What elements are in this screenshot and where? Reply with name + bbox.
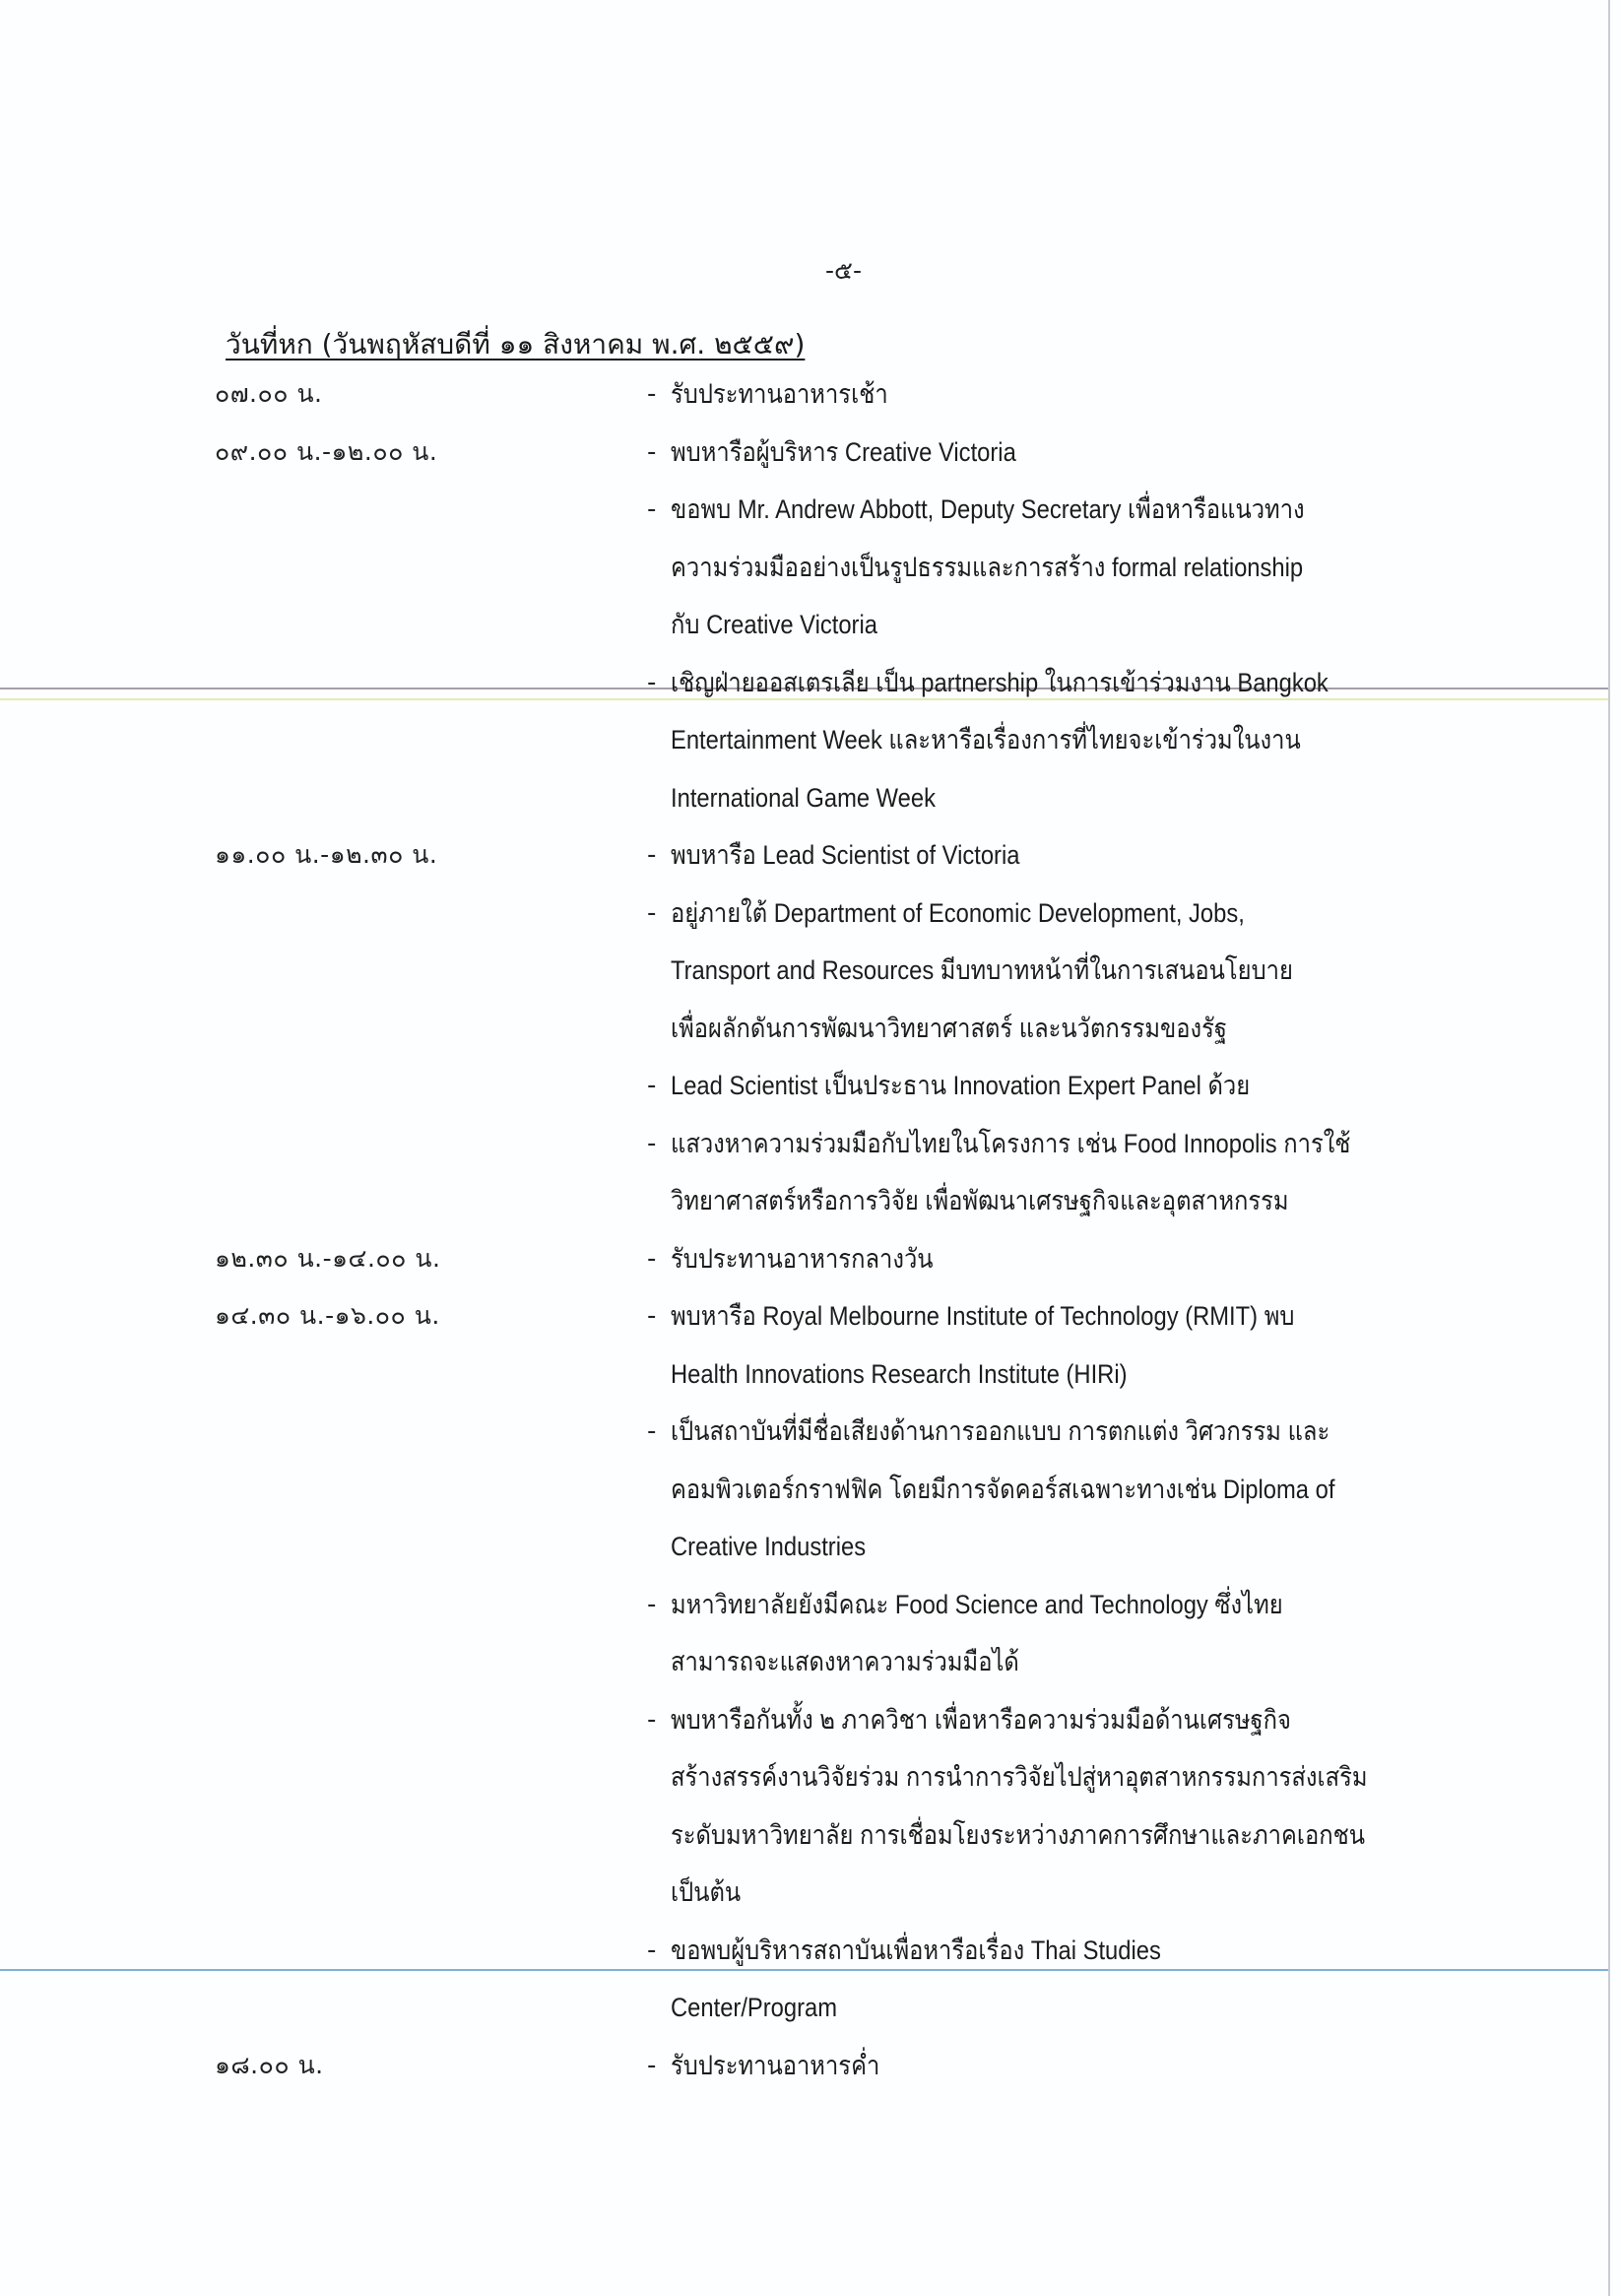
- schedule-text: Transport and Resources มีบทบาทหน้าที่ใน…: [671, 951, 1293, 990]
- schedule-time: ๑๔.๓๐ น.-๑๖.๐๐ น.: [215, 1296, 440, 1336]
- schedule-text: Health Innovations Research Institute (H…: [671, 1354, 1128, 1394]
- schedule-time: ๑๒.๓๐ น.-๑๔.๐๐ น.: [215, 1239, 440, 1279]
- schedule-text: รับประทานอาหารกลางวัน: [671, 1239, 934, 1279]
- schedule-text: พบหารือ Royal Melbourne Institute of Tec…: [671, 1296, 1294, 1336]
- schedule-line: -ขอพบ Mr. Andrew Abbott, Deputy Secretar…: [0, 490, 1621, 548]
- schedule-text: รับประทานอาหารค่ำ: [671, 2046, 879, 2085]
- schedule-text: กับ Creative Victoria: [671, 605, 877, 644]
- page-number: -๕-: [825, 251, 862, 291]
- schedule-line: เป็นต้น: [0, 1872, 1621, 1931]
- schedule-text: เพื่อผลักดันการพัฒนาวิทยาศาสตร์ และนวัตก…: [671, 1009, 1227, 1048]
- bullet-dash: -: [647, 1700, 656, 1739]
- schedule-line: -ขอพบผู้บริหารสถาบันเพื่อหารือเรื่อง Tha…: [0, 1931, 1621, 1989]
- schedule-text: คอมพิวเตอร์กราฟฟิค โดยมีการจัดคอร์สเฉพาะ…: [671, 1470, 1334, 1509]
- schedule-line: วิทยาศาสตร์หรือการวิจัย เพื่อพัฒนาเศรษฐก…: [0, 1181, 1621, 1239]
- bullet-dash: -: [647, 1239, 656, 1279]
- bullet-dash: -: [647, 1124, 656, 1163]
- schedule-line: ๑๔.๓๐ น.-๑๖.๐๐ น.-พบหารือ Royal Melbourn…: [0, 1296, 1621, 1354]
- schedule-text: เป็นต้น: [671, 1872, 741, 1912]
- bullet-dash: -: [647, 835, 656, 875]
- schedule-time: ๐๗.๐๐ น.: [215, 374, 323, 414]
- schedule-text: พบหารือ Lead Scientist of Victoria: [671, 835, 1019, 875]
- day-heading: วันที่หก (วันพฤหัสบดีที่ ๑๑ สิงหาคม พ.ศ.…: [226, 323, 805, 366]
- schedule-text: สามารถจะแสดงหาความร่วมมือได้: [671, 1642, 1019, 1681]
- schedule-text: เป็นสถาบันที่มีชื่อเสียงด้านการออกแบบ กา…: [671, 1411, 1329, 1451]
- schedule-line: -พบหารือกันทั้ง ๒ ภาควิชา เพื่อหารือความ…: [0, 1700, 1621, 1758]
- schedule-time: ๐๙.๐๐ น.-๑๒.๐๐ น.: [215, 432, 437, 472]
- bullet-dash: -: [647, 663, 656, 702]
- schedule-text: วิทยาศาสตร์หรือการวิจัย เพื่อพัฒนาเศรษฐก…: [671, 1181, 1289, 1220]
- bullet-dash: -: [647, 432, 656, 472]
- schedule-line: Entertainment Week และหารือเรื่องการที่ไ…: [0, 720, 1621, 778]
- schedule-text: พบหารือกันทั้ง ๒ ภาควิชา เพื่อหารือความร…: [671, 1700, 1291, 1739]
- schedule-line: -อยู่ภายใต้ Department of Economic Devel…: [0, 893, 1621, 951]
- schedule-line: -มหาวิทยาลัยยังมีคณะ Food Science and Te…: [0, 1585, 1621, 1643]
- schedule-text: ขอพบผู้บริหารสถาบันเพื่อหารือเรื่อง Thai…: [671, 1931, 1161, 1970]
- schedule-line: ๑๑.๐๐ น.-๑๒.๓๐ น.-พบหารือ Lead Scientist…: [0, 835, 1621, 893]
- bullet-dash: -: [647, 2046, 656, 2085]
- schedule-text: ความร่วมมืออย่างเป็นรูปธรรมและการสร้าง f…: [671, 548, 1303, 587]
- bullet-dash: -: [647, 1931, 656, 1970]
- bullet-dash: -: [647, 1411, 656, 1451]
- bullet-dash: -: [647, 1296, 656, 1336]
- schedule-text: มหาวิทยาลัยยังมีคณะ Food Science and Tec…: [671, 1585, 1283, 1624]
- schedule-line: ความร่วมมืออย่างเป็นรูปธรรมและการสร้าง f…: [0, 548, 1621, 606]
- schedule-line: Creative Industries: [0, 1527, 1621, 1585]
- schedule-line: ๐๗.๐๐ น.-รับประทานอาหารเช้า: [0, 374, 1621, 432]
- schedule-line: Center/Program: [0, 1988, 1621, 2046]
- schedule-line: กับ Creative Victoria: [0, 605, 1621, 663]
- schedule-time: ๑๑.๐๐ น.-๑๒.๓๐ น.: [215, 835, 437, 875]
- bullet-dash: -: [647, 490, 656, 529]
- schedule-line: -เชิญฝ่ายออสเตรเลีย เป็น partnership ในก…: [0, 663, 1621, 721]
- schedule-line: Transport and Resources มีบทบาทหน้าที่ใน…: [0, 951, 1621, 1009]
- schedule-text: ขอพบ Mr. Andrew Abbott, Deputy Secretary…: [671, 490, 1305, 529]
- bullet-dash: -: [647, 374, 656, 414]
- schedule-text: ระดับมหาวิทยาลัย การเชื่อมโยงระหว่างภาคก…: [671, 1815, 1365, 1855]
- schedule-line: สามารถจะแสดงหาความร่วมมือได้: [0, 1642, 1621, 1700]
- schedule-time: ๑๘.๐๐ น.: [215, 2046, 324, 2085]
- schedule-text: เชิญฝ่ายออสเตรเลีย เป็น partnership ในกา…: [671, 663, 1329, 702]
- bullet-dash: -: [647, 1066, 656, 1105]
- schedule-text: อยู่ภายใต้ Department of Economic Develo…: [671, 893, 1245, 933]
- bullet-dash: -: [647, 893, 656, 933]
- schedule-text: Lead Scientist เป็นประธาน Innovation Exp…: [671, 1066, 1250, 1105]
- schedule-line: ๑๘.๐๐ น.-รับประทานอาหารค่ำ: [0, 2046, 1621, 2104]
- schedule-text: สร้างสรรค์งานวิจัยร่วม การนำการวิจัยไปสู…: [671, 1757, 1368, 1797]
- schedule-line: ระดับมหาวิทยาลัย การเชื่อมโยงระหว่างภาคก…: [0, 1815, 1621, 1873]
- schedule-text: Creative Industries: [671, 1527, 866, 1566]
- schedule-line: สร้างสรรค์งานวิจัยร่วม การนำการวิจัยไปสู…: [0, 1757, 1621, 1815]
- schedule-line: ๐๙.๐๐ น.-๑๒.๐๐ น.-พบหารือผู้บริหาร Creat…: [0, 432, 1621, 491]
- schedule-line: คอมพิวเตอร์กราฟฟิค โดยมีการจัดคอร์สเฉพาะ…: [0, 1470, 1621, 1528]
- schedule-text: International Game Week: [671, 778, 936, 818]
- schedule-text: รับประทานอาหารเช้า: [671, 374, 888, 414]
- schedule-list: ๐๗.๐๐ น.-รับประทานอาหารเช้า๐๙.๐๐ น.-๑๒.๐…: [0, 374, 1621, 2103]
- schedule-line: ๑๒.๓๐ น.-๑๔.๐๐ น.-รับประทานอาหารกลางวัน: [0, 1239, 1621, 1297]
- schedule-text: แสวงหาความร่วมมือกับไทยในโครงการ เช่น Fo…: [671, 1124, 1350, 1163]
- schedule-text: Center/Program: [671, 1988, 837, 2027]
- schedule-line: Health Innovations Research Institute (H…: [0, 1354, 1621, 1412]
- schedule-line: -แสวงหาความร่วมมือกับไทยในโครงการ เช่น F…: [0, 1124, 1621, 1182]
- bullet-dash: -: [647, 1585, 656, 1624]
- schedule-text: Entertainment Week และหารือเรื่องการที่ไ…: [671, 720, 1301, 759]
- schedule-line: -Lead Scientist เป็นประธาน Innovation Ex…: [0, 1066, 1621, 1124]
- schedule-line: -เป็นสถาบันที่มีชื่อเสียงด้านการออกแบบ ก…: [0, 1411, 1621, 1470]
- schedule-line: International Game Week: [0, 778, 1621, 836]
- schedule-text: พบหารือผู้บริหาร Creative Victoria: [671, 432, 1016, 472]
- schedule-line: เพื่อผลักดันการพัฒนาวิทยาศาสตร์ และนวัตก…: [0, 1009, 1621, 1067]
